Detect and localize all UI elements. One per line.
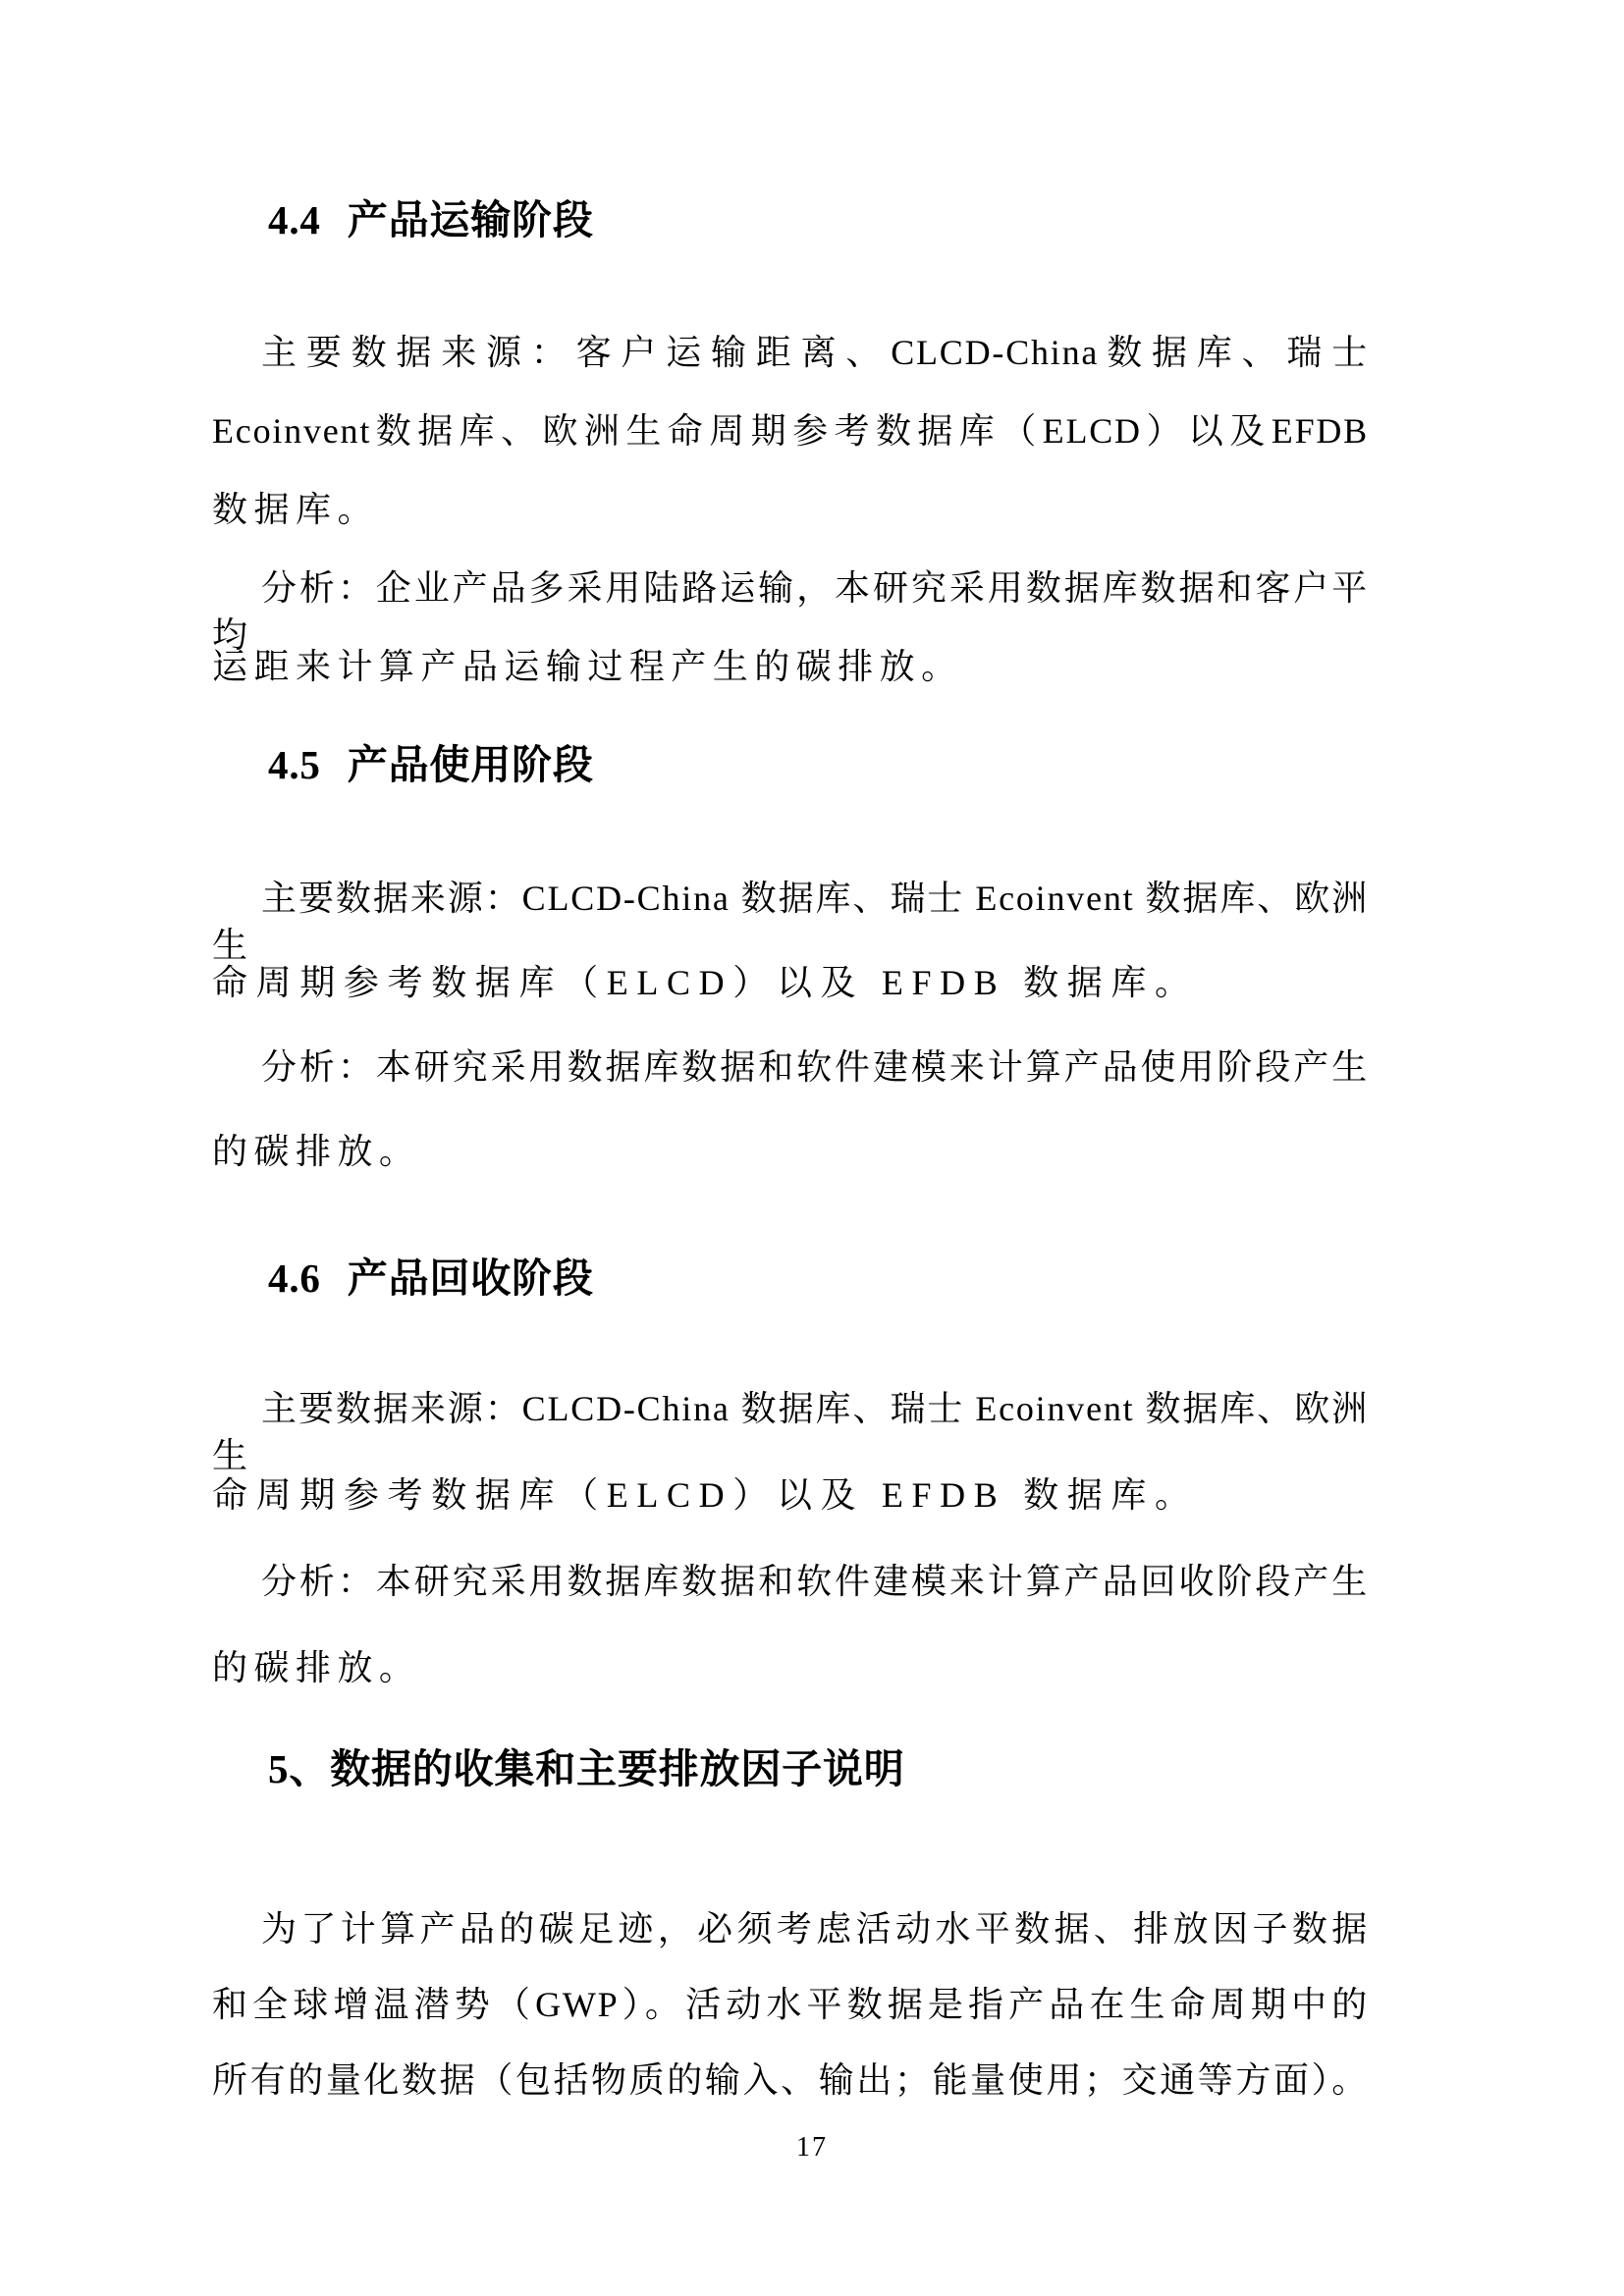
section-paragraphs: 为了计算产品的碳足迹，必须考虑活动水平数据、排放因子数据和全球增温潜势（GWP）… [212,1905,1369,2132]
paragraph-line: 的碳排放。 [212,1128,1369,1212]
section: 4.4 产品运输阶段主要数据来源：客户运输距离、CLCD-China数据库、瑞士… [212,193,1369,721]
paragraph-line: Ecoinvent数据库、欧洲生命周期参考数据库（ELCD）以及EFDB [212,407,1369,486]
paragraph-line: 运距来计算产品运输过程产生的碳排放。 [212,643,1369,721]
section-heading: 5、数据的收集和主要排放因子说明 [212,1742,1369,1795]
section-paragraphs: 主要数据来源：CLCD-China 数据库、瑞士 Ecoinvent 数据库、欧… [212,1385,1369,1731]
paragraph-line: 命周期参考数据库（ELCD）以及 EFDB 数据库。 [212,1471,1369,1558]
paragraph-line: 所有的量化数据（包括物质的输入、输出；能量使用；交通等方面）。 [212,2056,1369,2132]
paragraph-line: 分析：本研究采用数据库数据和软件建模来计算产品使用阶段产生 [212,1043,1369,1128]
section-paragraphs: 主要数据来源：客户运输距离、CLCD-China数据库、瑞士Ecoinvent数… [212,329,1369,721]
section: 5、数据的收集和主要排放因子说明为了计算产品的碳足迹，必须考虑活动水平数据、排放… [212,1742,1369,2132]
paragraph-line: 的碳排放。 [212,1644,1369,1731]
paragraph-line: 分析：本研究采用数据库数据和软件建模来计算产品回收阶段产生 [212,1558,1369,1644]
section-heading: 4.4 产品运输阶段 [212,193,1369,246]
paragraph-line: 和全球增温潜势（GWP）。活动水平数据是指产品在生命周期中的 [212,1981,1369,2056]
paragraph-line: 主要数据来源：客户运输距离、CLCD-China数据库、瑞士 [212,329,1369,407]
paragraph-line: 分析：企业产品多采用陆路运输，本研究采用数据库数据和客户平均 [212,564,1369,643]
paragraph-line: 为了计算产品的碳足迹，必须考虑活动水平数据、排放因子数据 [212,1905,1369,1981]
section-paragraphs: 主要数据来源：CLCD-China 数据库、瑞士 Ecoinvent 数据库、欧… [212,875,1369,1212]
paragraph-line: 主要数据来源：CLCD-China 数据库、瑞士 Ecoinvent 数据库、欧… [212,875,1369,959]
paragraph-line: 数据库。 [212,486,1369,564]
document-page: 4.4 产品运输阶段主要数据来源：客户运输距离、CLCD-China数据库、瑞士… [0,0,1624,2296]
section-heading: 4.6 产品回收阶段 [212,1252,1369,1305]
section-heading: 4.5 产品使用阶段 [212,738,1369,791]
paragraph-line: 命周期参考数据库（ELCD）以及 EFDB 数据库。 [212,959,1369,1043]
section: 4.6 产品回收阶段主要数据来源：CLCD-China 数据库、瑞士 Ecoin… [212,1252,1369,1731]
page-number: 17 [0,2132,1624,2163]
paragraph-line: 主要数据来源：CLCD-China 数据库、瑞士 Ecoinvent 数据库、欧… [212,1385,1369,1471]
section: 4.5 产品使用阶段主要数据来源：CLCD-China 数据库、瑞士 Ecoin… [212,738,1369,1212]
